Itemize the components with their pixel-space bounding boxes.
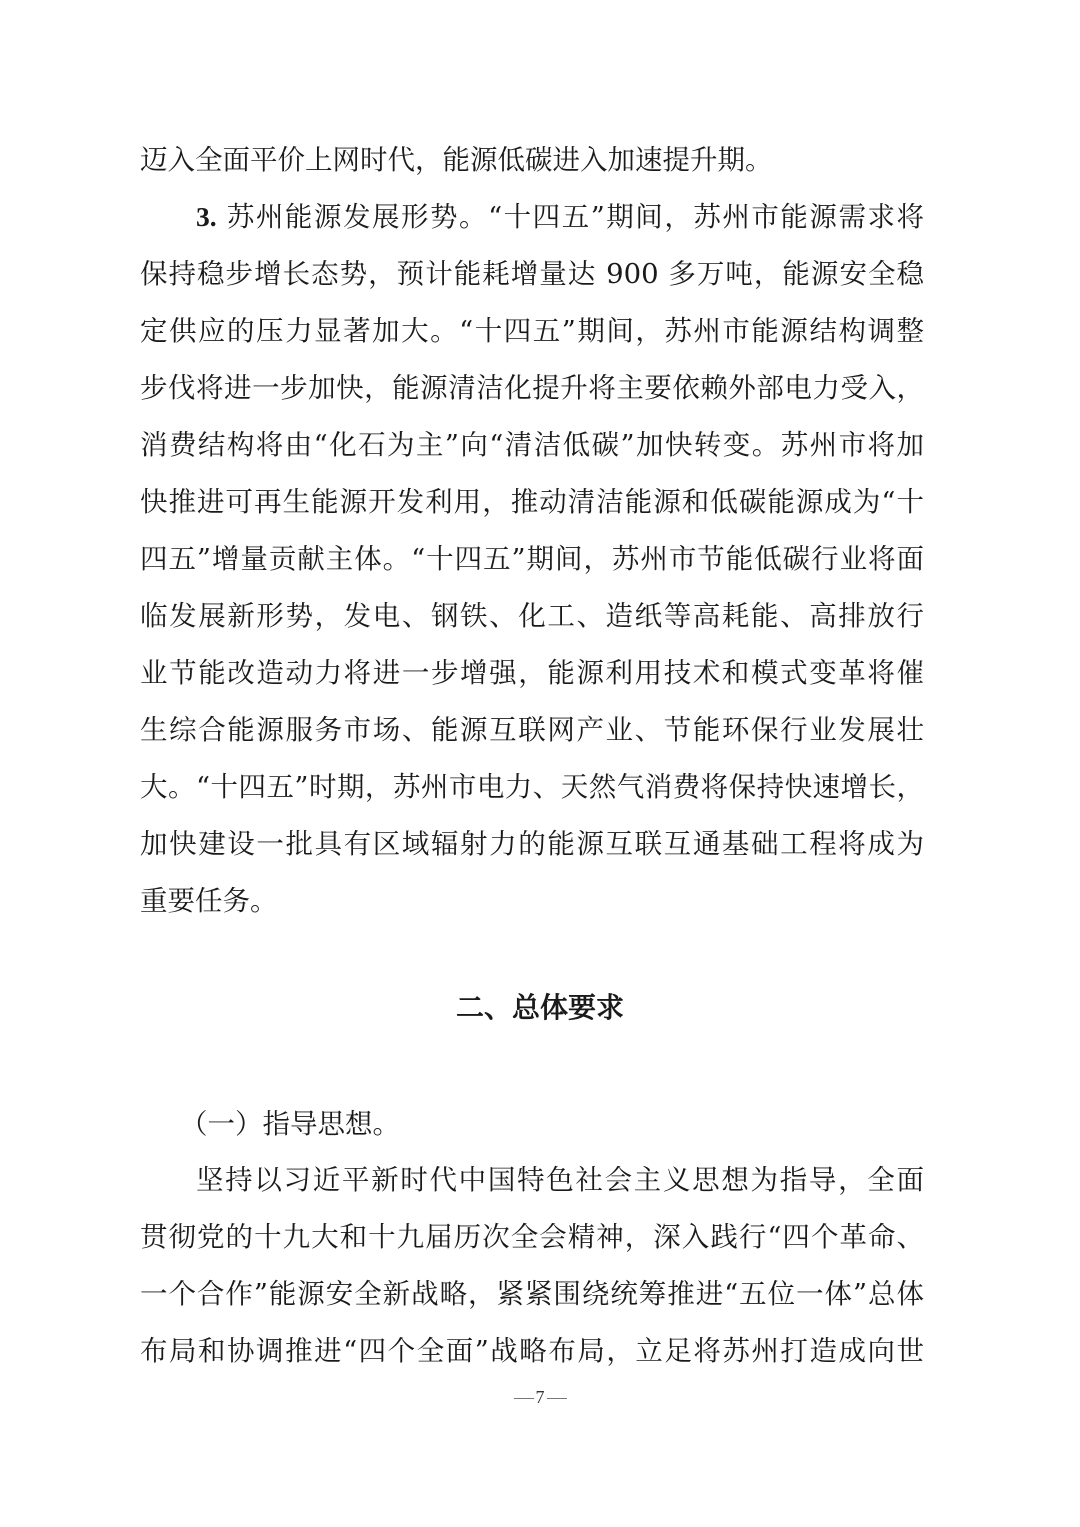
paragraph-line: 快推进可再生能源开发利用，推动清洁能源和低碳能源成为“十 bbox=[140, 482, 924, 522]
paragraph-line: 大。“十四五”时期，苏州市电力、天然气消费将保持快速增长， bbox=[140, 767, 924, 807]
section-heading: 二、总体要求 bbox=[0, 988, 1080, 1028]
paragraph-line: 坚持以习近平新时代中国特色社会主义思想为指导，全面 bbox=[196, 1160, 924, 1200]
page-number: 7 bbox=[0, 1382, 1080, 1412]
page-number-value: 7 bbox=[536, 1387, 545, 1407]
paragraph-line: 迈入全面平价上网时代，能源低碳进入加速提升期。 bbox=[140, 140, 924, 180]
paragraph-line: 重要任务。 bbox=[140, 881, 924, 921]
section-3-first-line: 3. 苏州能源发展形势。“十四五”期间，苏州市能源需求将 bbox=[196, 197, 924, 237]
paragraph-line: 步伐将进一步加快，能源清洁化提升将主要依赖外部电力受入， bbox=[140, 368, 924, 408]
paragraph-line: 一个合作”能源安全新战略，紧紧围绕统筹推进“五位一体”总体 bbox=[140, 1274, 924, 1314]
subsection-heading: （一）指导思想。 bbox=[180, 1104, 400, 1144]
section-3-text: 苏州能源发展形势。“十四五”期间，苏州市能源需求将 bbox=[227, 201, 924, 233]
document-page: 迈入全面平价上网时代，能源低碳进入加速提升期。 3. 苏州能源发展形势。“十四五… bbox=[0, 0, 1080, 1527]
section-number: 3. bbox=[196, 201, 217, 232]
paragraph-line: 贯彻党的十九大和十九届历次全会精神，深入践行“四个革命、 bbox=[140, 1217, 924, 1257]
paragraph-line: 四五”增量贡献主体。“十四五”期间，苏州市节能低碳行业将面 bbox=[140, 539, 924, 579]
paragraph-line: 保持稳步增长态势，预计能耗增量达 900 多万吨，能源安全稳 bbox=[140, 254, 924, 294]
dash-right bbox=[547, 1398, 567, 1399]
paragraph-line: 布局和协调推进“四个全面”战略布局，立足将苏州打造成向世 bbox=[140, 1331, 924, 1371]
paragraph-line: 定供应的压力显著加大。“十四五”期间，苏州市能源结构调整 bbox=[140, 311, 924, 351]
paragraph-line: 生综合能源服务市场、能源互联网产业、节能环保行业发展壮 bbox=[140, 710, 924, 750]
paragraph-line: 消费结构将由“化石为主”向“清洁低碳”加快转变。苏州市将加 bbox=[140, 425, 924, 465]
paragraph-line: 业节能改造动力将进一步增强，能源利用技术和模式变革将催 bbox=[140, 653, 924, 693]
dash-left bbox=[514, 1398, 534, 1399]
paragraph-line: 临发展新形势，发电、钢铁、化工、造纸等高耗能、高排放行 bbox=[140, 596, 924, 636]
paragraph-line: 加快建设一批具有区域辐射力的能源互联互通基础工程将成为 bbox=[140, 824, 924, 864]
